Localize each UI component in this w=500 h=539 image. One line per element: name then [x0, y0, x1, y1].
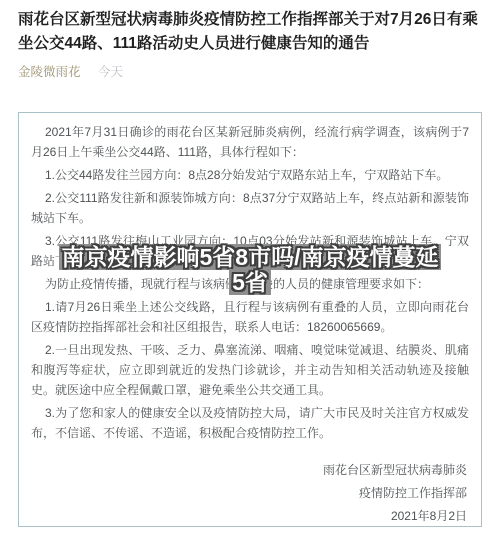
- signature-line-issuer-2: 疫情防控工作指挥部: [31, 482, 467, 505]
- notice-paragraph: 1.公交44路发往兰园方向：8点28分始发站宁双路东站上车，宁双路站下车。: [31, 165, 469, 185]
- notice-box: 2021年7月31日确诊的雨花台区某新冠肺炎病例，经流行病学调查，该病例于7月2…: [18, 112, 482, 527]
- notice-paragraph: 1.请7月26日乘坐上述公交线路，且行程与该病例有重叠的人员，立即向雨花台区疫情…: [31, 297, 469, 337]
- signature-line-date: 2021年8月2日: [31, 505, 467, 528]
- notice-body: 2021年7月31日确诊的雨花台区某新冠肺炎病例，经流行病学调查，该病例于7月2…: [31, 122, 469, 443]
- notice-paragraph: 2021年7月31日确诊的雨花台区某新冠肺炎病例，经流行病学调查，该病例于7月2…: [31, 122, 469, 162]
- byline: 金陵微雨花 今天: [18, 64, 482, 80]
- article-page: 雨花台区新型冠状病毒肺炎疫情防控工作指挥部关于对7月26日有乘坐公交44路、11…: [0, 8, 500, 80]
- notice-paragraph: 为防止疫情传播，现就行程与该病例有重叠的人员的健康管理要求如下：: [31, 274, 469, 294]
- notice-paragraph: 3.公交111路发往梅山工业园方向：10点03分始发站新和源装饰城站上车，宁双路…: [31, 231, 469, 271]
- account-name[interactable]: 金陵微雨花: [18, 65, 81, 79]
- notice-signature: 雨花台区新型冠状病毒肺炎 疫情防控工作指挥部 2021年8月2日: [31, 459, 469, 528]
- notice-paragraph: 2.一旦出现发热、干咳、乏力、鼻塞流涕、咽痛、嗅觉味觉减退、结膜炎、肌痛和腹泻等…: [31, 340, 469, 400]
- notice-paragraph: 2.公交111路发往新和源装饰城方向：8点37分宁双路站上车，终点站新和源装饰城…: [31, 188, 469, 228]
- signature-line-issuer-1: 雨花台区新型冠状病毒肺炎: [31, 459, 467, 482]
- publish-time: 今天: [98, 65, 123, 79]
- notice-paragraph: 3.为了您和家人的健康安全以及疫情防控大局，请广大市民及时关注官方权威发布，不信…: [31, 403, 469, 443]
- page-title: 雨花台区新型冠状病毒肺炎疫情防控工作指挥部关于对7月26日有乘坐公交44路、11…: [18, 8, 482, 56]
